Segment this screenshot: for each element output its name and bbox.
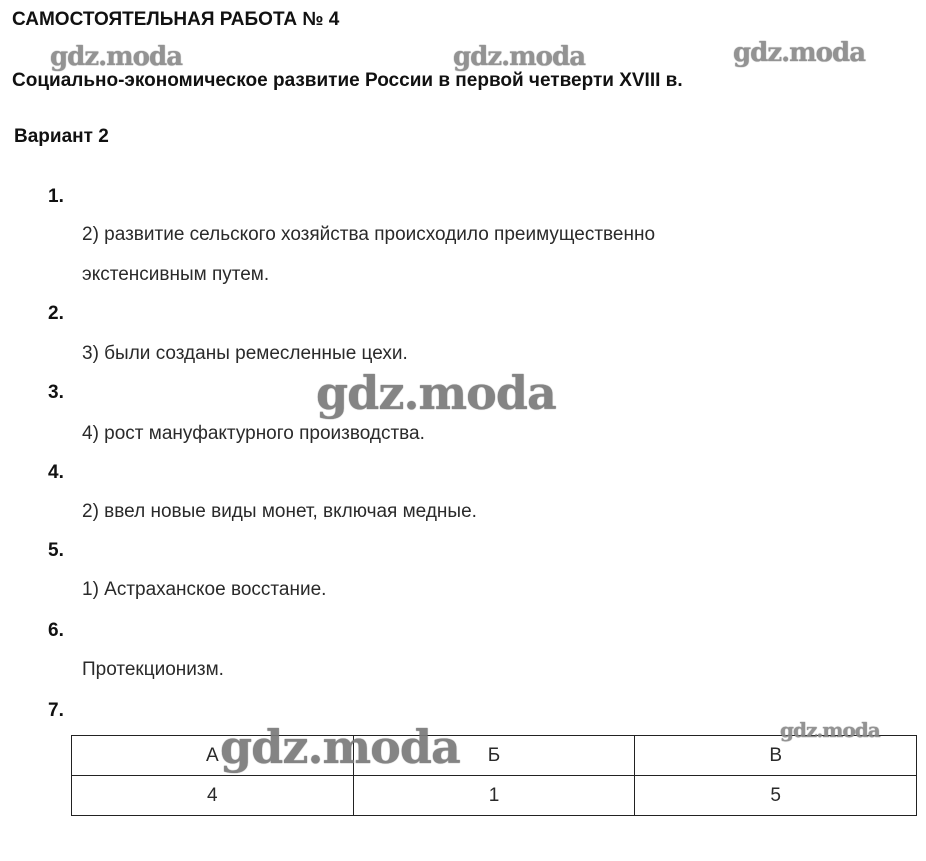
question-number: 7.	[48, 700, 64, 722]
table-row: 4 1 5	[72, 776, 917, 816]
answer-text: 2) ввел новые виды монет, включая медные…	[82, 501, 477, 523]
watermark: gdz.moda	[50, 42, 182, 72]
table-cell: 5	[635, 776, 917, 816]
watermark: gdz.moda	[453, 42, 585, 72]
table-cell: 1	[353, 776, 635, 816]
page-title: САМОСТОЯТЕЛЬНАЯ РАБОТА № 4	[12, 9, 339, 31]
question-number: 2.	[48, 303, 64, 325]
answer-text: 1) Астраханское восстание.	[82, 579, 326, 601]
question-number: 5.	[48, 540, 64, 562]
table-header-cell: А	[72, 736, 354, 776]
page-subtitle: Социально-экономическое развитие России …	[12, 70, 683, 92]
table-header-cell: Б	[353, 736, 635, 776]
watermark: gdz.moda	[733, 38, 865, 68]
answer-text: 3) были созданы ремесленные цехи.	[82, 343, 408, 365]
watermark: gdz.moda	[316, 366, 556, 420]
table-header-cell: В	[635, 736, 917, 776]
answer-text: Протекционизм.	[82, 659, 224, 681]
answer-table: А Б В 4 1 5	[71, 735, 917, 816]
question-number: 4.	[48, 462, 64, 484]
answer-text: 2) развитие сельского хозяйства происход…	[82, 224, 655, 246]
answer-text: 4) рост мануфактурного производства.	[82, 423, 425, 445]
answer-text: экстенсивным путем.	[82, 264, 269, 286]
variant-heading: Вариант 2	[14, 126, 109, 148]
table-cell: 4	[72, 776, 354, 816]
question-number: 1.	[48, 186, 64, 208]
question-number: 6.	[48, 620, 64, 642]
table-header-row: А Б В	[72, 736, 917, 776]
question-number: 3.	[48, 382, 64, 404]
